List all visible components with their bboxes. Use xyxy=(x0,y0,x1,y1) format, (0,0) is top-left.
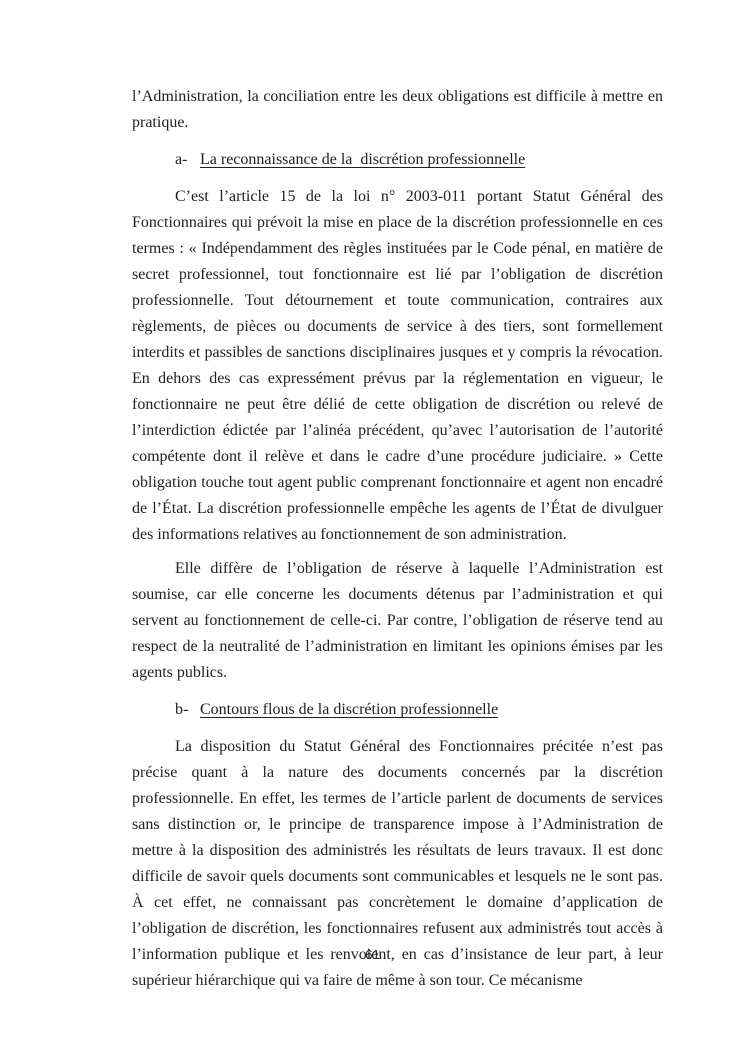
section-heading-b: b- Contours flous de la discrétion profe… xyxy=(175,697,663,723)
page-number: 61 xyxy=(0,946,745,964)
page-content: l’Administration, la conciliation entre … xyxy=(132,84,663,1002)
section-heading-a: a- La reconnaissance de la discrétion pr… xyxy=(175,147,663,173)
paragraph-intro: l’Administration, la conciliation entre … xyxy=(132,84,663,136)
heading-a-marker: a- xyxy=(175,147,200,173)
document-page: l’Administration, la conciliation entre … xyxy=(0,0,745,1053)
paragraph-article: C’est l’article 15 de la loi n° 2003-011… xyxy=(132,184,663,548)
paragraph-difference: Elle diffère de l’obligation de réserve … xyxy=(132,556,663,686)
heading-b-label: Contours flous de la discrétion professi… xyxy=(200,697,498,723)
heading-a-label: La reconnaissance de la discrétion profe… xyxy=(200,147,525,173)
heading-b-marker: b- xyxy=(175,697,200,723)
